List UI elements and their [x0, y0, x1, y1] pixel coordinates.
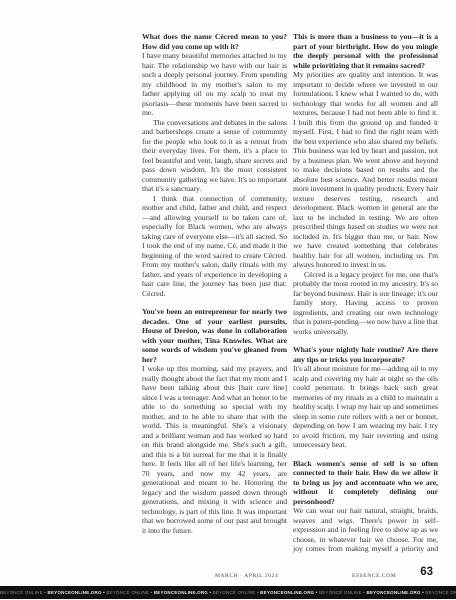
watermark-url: BEYONCEONLINE.ORG • — [365, 590, 424, 595]
interview-question: You've been an entrepreneur for nearly t… — [142, 307, 287, 364]
interview-question: What's your nightly hair routine? Are th… — [293, 345, 438, 364]
footer-issue-date: MARCH · APRIL 2024 — [215, 573, 278, 579]
interview-question: What does the name Cécred mean to you? H… — [142, 32, 287, 51]
answer-paragraph: I have many beautiful memories attached … — [142, 51, 287, 118]
watermark-text: BEYONCÉ ONLINE • — [211, 590, 259, 595]
watermark-url: BEYONCEONLINE.ORG • — [46, 590, 105, 595]
watermark-url: BEYONCEONLINE.ORG • — [152, 590, 211, 595]
article-columns: What does the name Cécred mean to you? H… — [142, 32, 438, 559]
page-footer: MARCH · APRIL 2024 ESSENCE.COM 63 — [0, 563, 456, 583]
answer-paragraph: The conversations and debates in the sal… — [142, 118, 287, 194]
footer-website: ESSENCE.COM — [352, 573, 396, 579]
watermark-text: BEYONCÉ ONLINE • — [318, 590, 366, 595]
watermark-text: BEYONCÉ ONLINE • — [105, 590, 153, 595]
answer-paragraph: I think that connection of community, mo… — [142, 194, 287, 299]
magazine-page: What does the name Cécred mean to you? H… — [0, 0, 456, 600]
answer-paragraph: Cécred is a legacy project for me, one t… — [293, 270, 438, 337]
watermark-bar: BEYONCÉ ONLINE • BEYONCEONLINE.ORG • BEY… — [0, 586, 456, 599]
watermark-text: BEYONCÉ ONLINE • — [424, 590, 456, 595]
watermark-url: BEYONCEONLINE.ORG • — [259, 590, 318, 595]
page-number: 63 — [420, 566, 433, 578]
interview-question: Black women's sense of self is so often … — [293, 459, 438, 507]
answer-paragraph: It's all about moisture for me—adding oi… — [293, 364, 438, 450]
answer-paragraph: I woke up this morning, said my prayers,… — [142, 364, 287, 535]
interview-question: This is more than a business to you—it i… — [293, 32, 438, 70]
answer-paragraph: My priorities are quality and intention.… — [293, 70, 438, 270]
watermark-text: BEYONCÉ ONLINE • — [0, 590, 46, 595]
